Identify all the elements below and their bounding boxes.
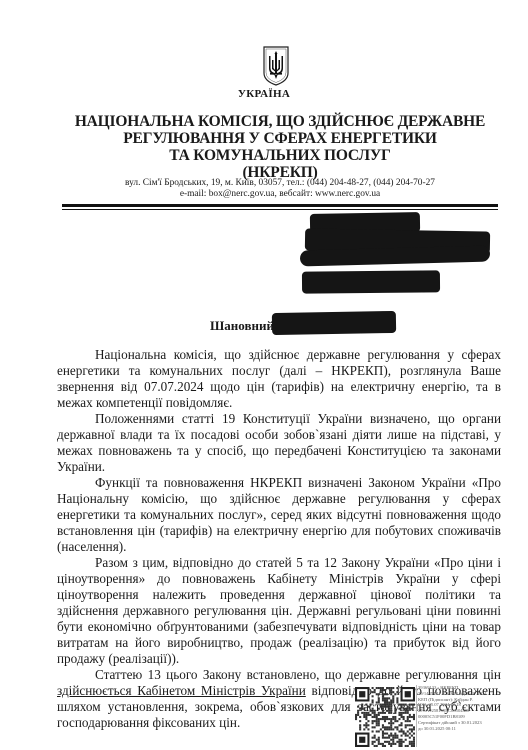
letter-page: УКРАЇНА НАЦІОНАЛЬНА КОМІСІЯ, ЩО ЗДІЙСНЮЄ…: [0, 0, 528, 750]
qr-code-icon: [355, 687, 415, 747]
coat-of-arms-of-ukraine-icon: [263, 46, 289, 86]
org-line: НАЦІОНАЛЬНА КОМІСІЯ, ЩО ЗДІЙСНЮЄ ДЕРЖАВН…: [60, 113, 500, 130]
stamp-divider: [416, 685, 417, 747]
header-separator: [62, 204, 498, 211]
address-line: вул. Сім'ї Бродських, 19, м. Київ, 03057…: [60, 178, 500, 189]
digital-signature-stamp: 39369133 - НКРЕКП 39/14454/17.2.3/9-24 в…: [418, 685, 526, 731]
redacted-addressee-first-name: [272, 311, 396, 335]
letter-body: Національна комісія, що здійснює державн…: [57, 347, 501, 731]
country-name: УКРАЇНА: [0, 88, 528, 100]
separator-thin-line: [62, 209, 498, 210]
salutation-prefix: Шановний: [210, 318, 274, 334]
stamp-line: до 30.01.2025 00:11: [418, 726, 526, 732]
email-website-line: e-mail: box@nerc.gov.ua, вебсайт: www.ne…: [60, 189, 500, 200]
paragraph-constitution: Положеннями статті 19 Конституції Україн…: [57, 411, 501, 475]
org-line: РЕГУЛЮВАННЯ У СФЕРАХ ЕНЕРГЕТИКИ: [60, 130, 500, 147]
contact-block: вул. Сім'ї Бродських, 19, м. Київ, 03057…: [60, 178, 500, 200]
separator-thick-line: [62, 204, 498, 207]
article-13-text: Статтею 13 цього Закону встановлено, що …: [95, 667, 501, 682]
paragraph-intro: Національна комісія, що здійснює державн…: [57, 347, 501, 411]
redacted-addressee-email: [302, 270, 440, 293]
organization-name: НАЦІОНАЛЬНА КОМІСІЯ, ЩО ЗДІЙСНЮЄ ДЕРЖАВН…: [60, 113, 500, 181]
paragraph-pricing-law: Разом з цим, відповідно до статей 5 та 1…: [57, 555, 501, 667]
cabinet-of-ministers-emphasis: здійснюється Кабінетом Міністрів України: [57, 683, 306, 698]
org-line: ТА КОМУНАЛЬНИХ ПОСЛУГ: [60, 147, 500, 164]
paragraph-nerc-powers: Функції та повноваження НКРЕКП визначені…: [57, 475, 501, 555]
